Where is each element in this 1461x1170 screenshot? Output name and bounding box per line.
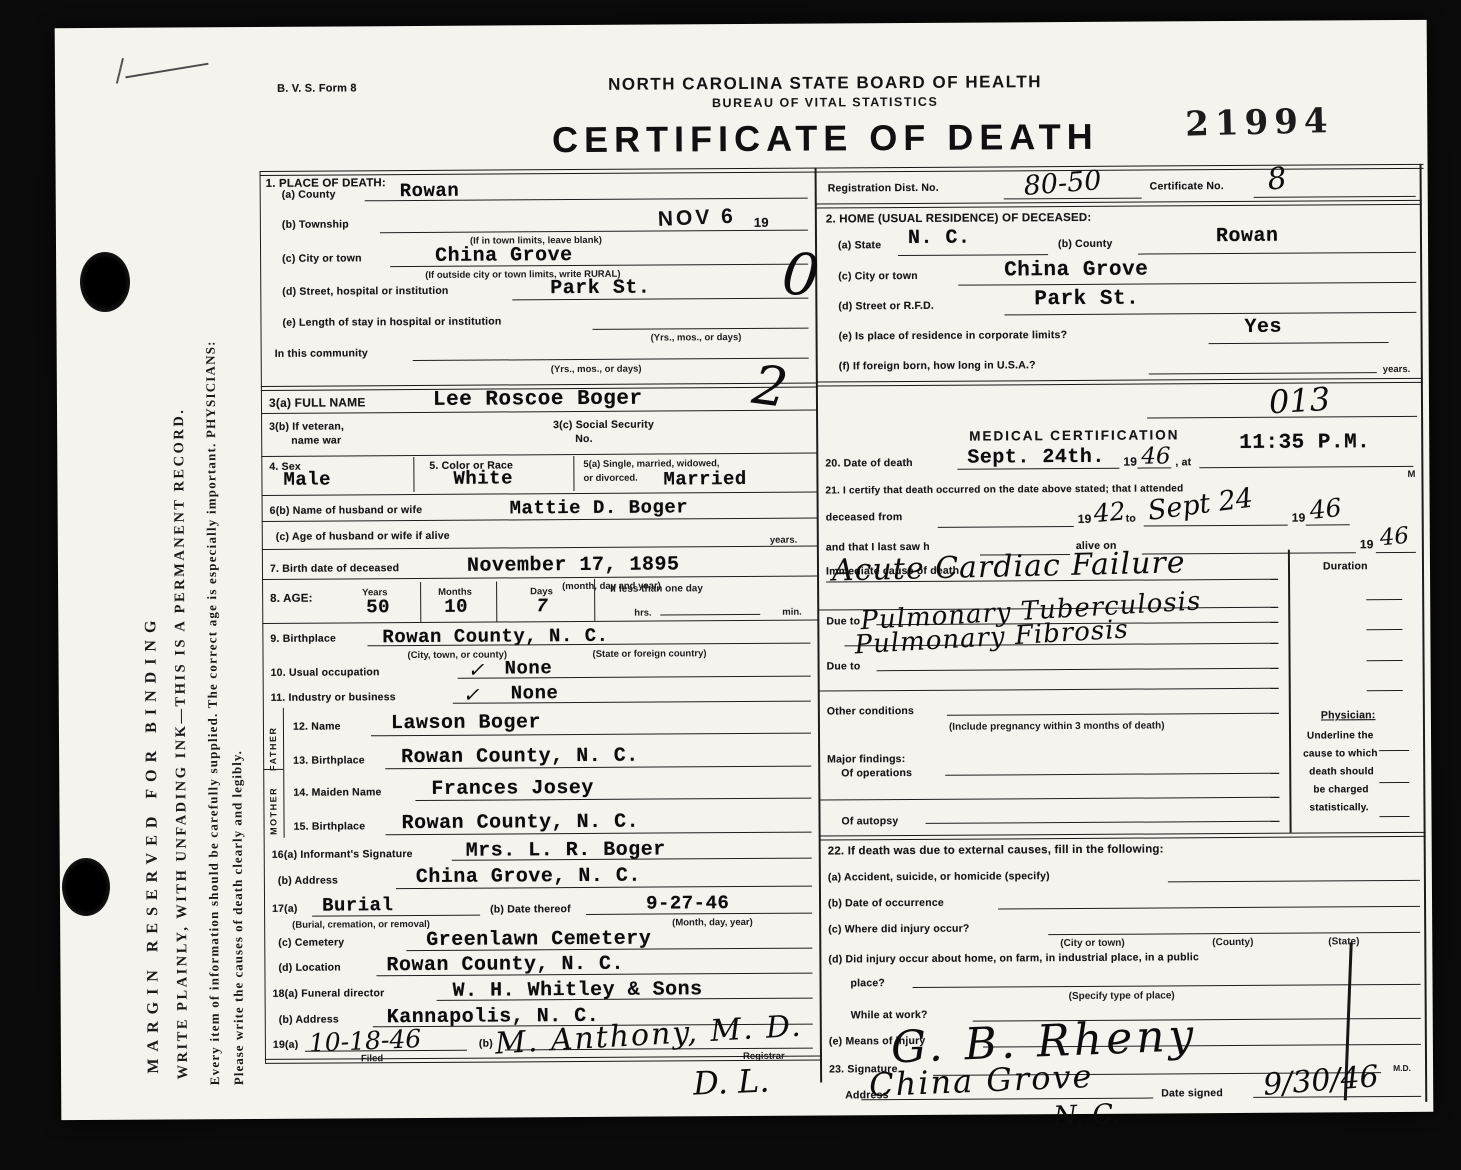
punch-hole-top xyxy=(80,252,130,312)
burial-date-line xyxy=(586,913,812,915)
medical-heading: MEDICAL CERTIFICATION xyxy=(969,427,1179,444)
received-date-stamp: NOV 6 xyxy=(657,205,736,232)
corporate-limits-label: (e) Is place of residence in corporate l… xyxy=(839,329,1068,342)
margin-note-supplied: Every item of information should be care… xyxy=(203,340,224,1085)
external-d-label-2: place? xyxy=(850,977,885,989)
duration-dash-2 xyxy=(1366,629,1402,630)
industry-line xyxy=(453,701,811,704)
board-title: NORTH CAROLINA STATE BOARD OF HEALTH xyxy=(435,71,1215,96)
age-div-2 xyxy=(496,582,497,622)
spouse-age-label: (c) Age of husband or wife if alive xyxy=(276,530,450,543)
county-label: (a) County xyxy=(282,188,336,200)
spouse-label: 6(b) Name of husband or wife xyxy=(270,504,423,517)
full-name-label: 3(a) FULL NAME xyxy=(269,396,366,410)
stay-line xyxy=(593,328,809,330)
duration-label: Duration xyxy=(1323,560,1368,572)
township-line xyxy=(380,230,808,234)
street-label: (d) Street, hospital or institution xyxy=(282,285,448,298)
date-of-death-label: 20. Date of death xyxy=(825,457,912,470)
physician-note-1: Underline the xyxy=(1307,730,1374,742)
birthdate-label: 7. Birth date of deceased xyxy=(270,562,399,575)
age-hrs-line xyxy=(660,614,760,616)
duration-dash-4 xyxy=(1367,690,1403,691)
handwritten-013: 013 xyxy=(1268,383,1331,419)
registration-dist-value: 80-50 xyxy=(1023,167,1103,200)
major-findings-label: Major findings: xyxy=(827,753,905,766)
occupation-label: 10. Usual occupation xyxy=(271,666,380,679)
mother-name-value: Frances Josey xyxy=(431,779,594,800)
physician-md-label: M.D. xyxy=(1393,1064,1411,1073)
occupation-checkmark: ✓ xyxy=(468,660,485,680)
pencil-mark xyxy=(125,63,208,79)
age-min-label: min. xyxy=(782,608,802,618)
certificate-title: CERTIFICATE OF DEATH xyxy=(435,115,1215,162)
age-months-value: 10 xyxy=(444,598,468,617)
home-street-label: (d) Street or R.F.D. xyxy=(838,300,934,313)
age-row-line xyxy=(262,620,818,624)
from-year-printed: 19 xyxy=(1078,513,1092,527)
physician-note-title: Physician: xyxy=(1321,709,1376,721)
home-county-value: Rowan xyxy=(1216,227,1279,247)
industry-checkmark: ✓ xyxy=(463,685,480,705)
due-to-2-line xyxy=(877,668,1279,671)
while-at-work-label: While at work? xyxy=(851,1009,928,1022)
date-of-death-line xyxy=(957,468,1119,470)
age-label: 8. AGE: xyxy=(270,593,313,606)
informant-sig-label: 16(a) Informant's Signature xyxy=(272,848,413,861)
findings-blank-line xyxy=(819,797,1279,801)
registrar-b-label: (b) xyxy=(479,1038,493,1050)
dod-time-line xyxy=(1199,466,1413,468)
margin-note-causes: Please write the causes of death clearly… xyxy=(229,750,247,1085)
home-city-value: China Grove xyxy=(1004,260,1148,282)
certificate-paper: MARGIN RESERVED FOR BINDING WRITE PLAINL… xyxy=(55,20,1434,1120)
marital-label-2: or divorced. xyxy=(583,474,637,484)
veteran-label: 3(b) If veteran, xyxy=(269,420,344,433)
burial-type-hint: (Burial, cremation, or removal) xyxy=(292,920,430,930)
external-a-label: (a) Accident, suicide, or homicide (spec… xyxy=(828,870,1050,883)
city-label: (c) City or town xyxy=(282,252,362,265)
certify-statement: 21. I certify that death occurred on the… xyxy=(825,483,1183,497)
dod-year-handwritten: 46 xyxy=(1141,445,1170,468)
ssn-label: 3(c) Social Security xyxy=(553,419,654,432)
handwritten-zero: 0 xyxy=(779,244,821,305)
filed-label: 19(a) xyxy=(273,1039,299,1051)
other-conditions-hint: (Include pregnancy within 3 months of de… xyxy=(949,721,1165,732)
to-year-handwritten: 46 xyxy=(1308,495,1342,523)
external-a-line xyxy=(1168,880,1420,883)
duration-divider xyxy=(1288,550,1292,833)
birthdate-value: November 17, 1895 xyxy=(467,555,680,576)
medical-separator xyxy=(820,832,1426,840)
informant-addr-label: (b) Address xyxy=(278,874,338,886)
community-label: In this community xyxy=(275,347,368,360)
father-side-label: FATHER xyxy=(268,727,278,771)
of-operations-label: Of operations xyxy=(841,767,912,779)
duration-dash-6 xyxy=(1379,782,1409,783)
dod-at-label: , at xyxy=(1175,456,1191,468)
external-heading: 22. If death was due to external causes,… xyxy=(828,843,1164,858)
home-state-value: N. C. xyxy=(908,229,971,249)
age-less-label: If less than one day xyxy=(610,584,703,595)
burial-type-value: Burial xyxy=(322,896,394,915)
external-c-label: (c) Where did injury occur? xyxy=(828,923,969,936)
registrar-sublabel: Registrar xyxy=(743,1052,785,1062)
pencil-mark xyxy=(116,58,124,84)
home-heading: 2. HOME (USUAL RESIDENCE) OF DECEASED: xyxy=(826,212,1092,227)
external-b-line xyxy=(998,906,1420,910)
duration-dash-5 xyxy=(1379,750,1409,751)
informant-addr-value: China Grove, N. C. xyxy=(416,867,641,888)
physician-note-2: cause to which xyxy=(1303,748,1378,760)
form-number: B. V. S. Form 8 xyxy=(277,82,357,95)
marital-value: Married xyxy=(663,470,746,490)
burial-date-hint: (Month, day, year) xyxy=(672,918,753,928)
saw-year-handwritten: 46 xyxy=(1379,525,1410,551)
due-to-2-label: Due to xyxy=(827,660,861,672)
external-c-hint-1: (City or town) xyxy=(1060,939,1124,949)
home-county-label: (b) County xyxy=(1058,238,1113,250)
attended-from-label: deceased from xyxy=(826,511,903,524)
attended-from-line xyxy=(938,526,1074,528)
director-label: 18(a) Funeral director xyxy=(273,987,385,1000)
pencil-initials: D. L. xyxy=(693,1065,771,1100)
mother-name-label: 14. Maiden Name xyxy=(293,786,381,799)
margin-note-binding: MARGIN RESERVED FOR BINDING xyxy=(142,614,163,1074)
birthplace-hint-1: (City, town, or county) xyxy=(407,650,507,660)
margin-note-ink: WRITE PLAINLY, WITH UNFADING INK—THIS IS… xyxy=(171,408,192,1080)
duration-dash-1 xyxy=(1366,599,1402,600)
father-birthplace-value: Rowan County, N. C. xyxy=(401,747,639,768)
immediate-cause-handwritten: Acute Cardiac Failure xyxy=(832,548,1186,586)
veteran-row-line xyxy=(261,453,817,457)
registration-dist-label: Registration Dist. No. xyxy=(828,182,939,195)
mother-birthplace-value: Rowan County, N. C. xyxy=(401,813,639,834)
birthplace-hint-2: (State or foreign country) xyxy=(592,649,706,659)
due-to-1-label: Due to xyxy=(826,615,860,627)
physician-note-5: statistically. xyxy=(1309,802,1368,814)
serial-number-stamp: 21994 xyxy=(1185,101,1334,144)
attended-to-label: to xyxy=(1126,513,1136,525)
father-name-value: Lawson Boger xyxy=(391,713,541,734)
township-label: (b) Township xyxy=(282,218,349,230)
time-of-death-value: 11:35 P.M. xyxy=(1239,432,1370,454)
saw-year-line xyxy=(1376,552,1416,553)
home-county-line xyxy=(1138,252,1416,255)
community-hint: (Yrs., mos., or days) xyxy=(551,365,642,375)
stay-label: (e) Length of stay in hospital or instit… xyxy=(282,315,501,328)
scanned-death-certificate: { "scan": { "serial": "21994", "pencil_i… xyxy=(0,0,1461,1170)
home-street-value: Park St. xyxy=(1034,289,1139,311)
duration-dash-3 xyxy=(1367,660,1403,661)
physician-note-3: death should xyxy=(1309,766,1374,778)
of-operations-line xyxy=(945,773,1279,776)
industry-value: None xyxy=(511,684,559,703)
external-d-line xyxy=(913,984,1421,988)
stay-hint: (Yrs., mos., or days) xyxy=(651,333,742,343)
race-value: White xyxy=(453,469,513,488)
certificate-form: 1. PLACE OF DEATH: (a) County Rowan (b) … xyxy=(260,164,1430,1111)
dod-m-label: M xyxy=(1407,470,1415,480)
city-value: China Grove xyxy=(435,246,573,267)
birthplace-label: 9. Birthplace xyxy=(270,632,336,644)
external-c-line xyxy=(1048,932,1420,935)
township-year-printed: 19 xyxy=(754,216,769,231)
cause-blank-line xyxy=(819,688,1279,692)
race-marital-divider xyxy=(573,456,574,491)
external-b-label: (b) Date of occurrence xyxy=(828,897,944,910)
physician-addr-handwritten: China Grove xyxy=(869,1060,1094,1101)
ssn-label-2: No. xyxy=(575,433,593,445)
bureau-subtitle: BUREAU OF VITAL STATISTICS xyxy=(435,93,1215,112)
home-state-label: (a) State xyxy=(838,239,881,251)
external-d-label: (d) Did injury occur about home, on farm… xyxy=(828,951,1199,965)
home-street-line xyxy=(1004,312,1416,316)
external-c-hint-3: (State) xyxy=(1328,937,1359,947)
corporate-limits-value: Yes xyxy=(1244,318,1282,338)
other-conditions-line xyxy=(947,713,1279,716)
to-year-printed: 19 xyxy=(1292,512,1306,526)
father-birthplace-label: 13. Birthplace xyxy=(293,754,365,767)
burial-date-value: 9-27-46 xyxy=(646,894,729,914)
corporate-limits-line xyxy=(1209,342,1389,344)
duration-dash-7 xyxy=(1380,816,1410,817)
burial-location-label: (d) Location xyxy=(278,961,341,973)
punch-hole-bottom xyxy=(62,858,110,916)
date-signed-label: Date signed xyxy=(1161,1087,1223,1099)
age-years-value: 50 xyxy=(366,598,390,617)
right-column: Registration Dist. No. 80-50 Certificate… xyxy=(816,164,1430,1106)
veteran-label-2: name war xyxy=(291,434,341,446)
date-signed-handwritten: 9/30/46 xyxy=(1262,1062,1380,1101)
foreign-born-line xyxy=(1149,372,1377,374)
foreign-born-label: (f) If foreign born, how long in U.S.A.? xyxy=(839,359,1036,372)
sex-race-divider xyxy=(413,457,414,492)
foreign-born-years: years. xyxy=(1383,365,1411,375)
mother-birthplace-label: 15. Birthplace xyxy=(294,820,366,833)
home-city-line xyxy=(958,282,1416,286)
spouse-age-line xyxy=(262,546,818,550)
attended-to-line xyxy=(1144,525,1288,527)
home-state-line xyxy=(898,254,1048,256)
parent-mid-line xyxy=(263,769,283,770)
filed-sublabel: Filed xyxy=(361,1054,383,1064)
age-hrs-label: hrs. xyxy=(634,609,651,619)
mother-side-label: MOTHER xyxy=(268,787,278,835)
age-div-1 xyxy=(420,582,421,622)
certificate-no-value: 8 xyxy=(1266,164,1288,196)
marital-row-line xyxy=(262,492,818,496)
left-column: 1. PLACE OF DEATH: (a) County Rowan (b) … xyxy=(260,168,821,1063)
cemetery-label: (c) Cemetery xyxy=(278,936,344,948)
home-separator xyxy=(817,378,1423,386)
father-name-label: 12. Name xyxy=(293,720,341,732)
full-name-value: Lee Roscoe Boger xyxy=(433,389,643,411)
spouse-age-years: years. xyxy=(770,536,798,546)
burial-label: 17(a) xyxy=(272,903,298,915)
of-autopsy-label: Of autopsy xyxy=(842,815,899,827)
handwritten-two: 2 xyxy=(749,358,790,416)
street-value: Park St. xyxy=(550,279,650,300)
regline-separator xyxy=(816,200,1422,208)
sex-value: Male xyxy=(283,471,331,490)
home-city-label: (c) City or town xyxy=(838,270,918,283)
burial-date-label: (b) Date thereof xyxy=(490,903,571,916)
cemetery-value: Greenlawn Cemetery xyxy=(426,930,651,951)
county-value: Rowan xyxy=(400,182,460,201)
director-addr-label: (b) Address xyxy=(279,1013,339,1025)
date-of-death-value: Sept. 24th. xyxy=(967,448,1105,469)
parent-strip-divider xyxy=(283,708,285,838)
certificate-no-label: Certificate No. xyxy=(1150,180,1224,193)
dod-year-printed: 19 xyxy=(1123,456,1137,470)
physician-addr-state: N. C. xyxy=(1053,1101,1121,1131)
community-line xyxy=(413,358,809,361)
physician-note-4: be charged xyxy=(1313,784,1368,796)
saw-year-printed: 19 xyxy=(1360,538,1374,552)
from-year-handwritten: 42 xyxy=(1093,498,1127,526)
industry-label: 11. Industry or business xyxy=(271,691,396,704)
filed-date-handwritten: 10-18-46 xyxy=(308,1026,421,1056)
external-d-hint: (Specify type of place) xyxy=(1069,991,1175,1002)
external-c-hint-2: (County) xyxy=(1212,938,1253,948)
spouse-value: Mattie D. Boger xyxy=(510,498,689,518)
other-conditions-label: Other conditions xyxy=(827,705,914,718)
of-autopsy-line xyxy=(926,821,1280,824)
burial-type-line xyxy=(312,915,480,917)
occupation-value: None xyxy=(505,659,553,678)
age-days-value: 7 xyxy=(536,597,548,616)
